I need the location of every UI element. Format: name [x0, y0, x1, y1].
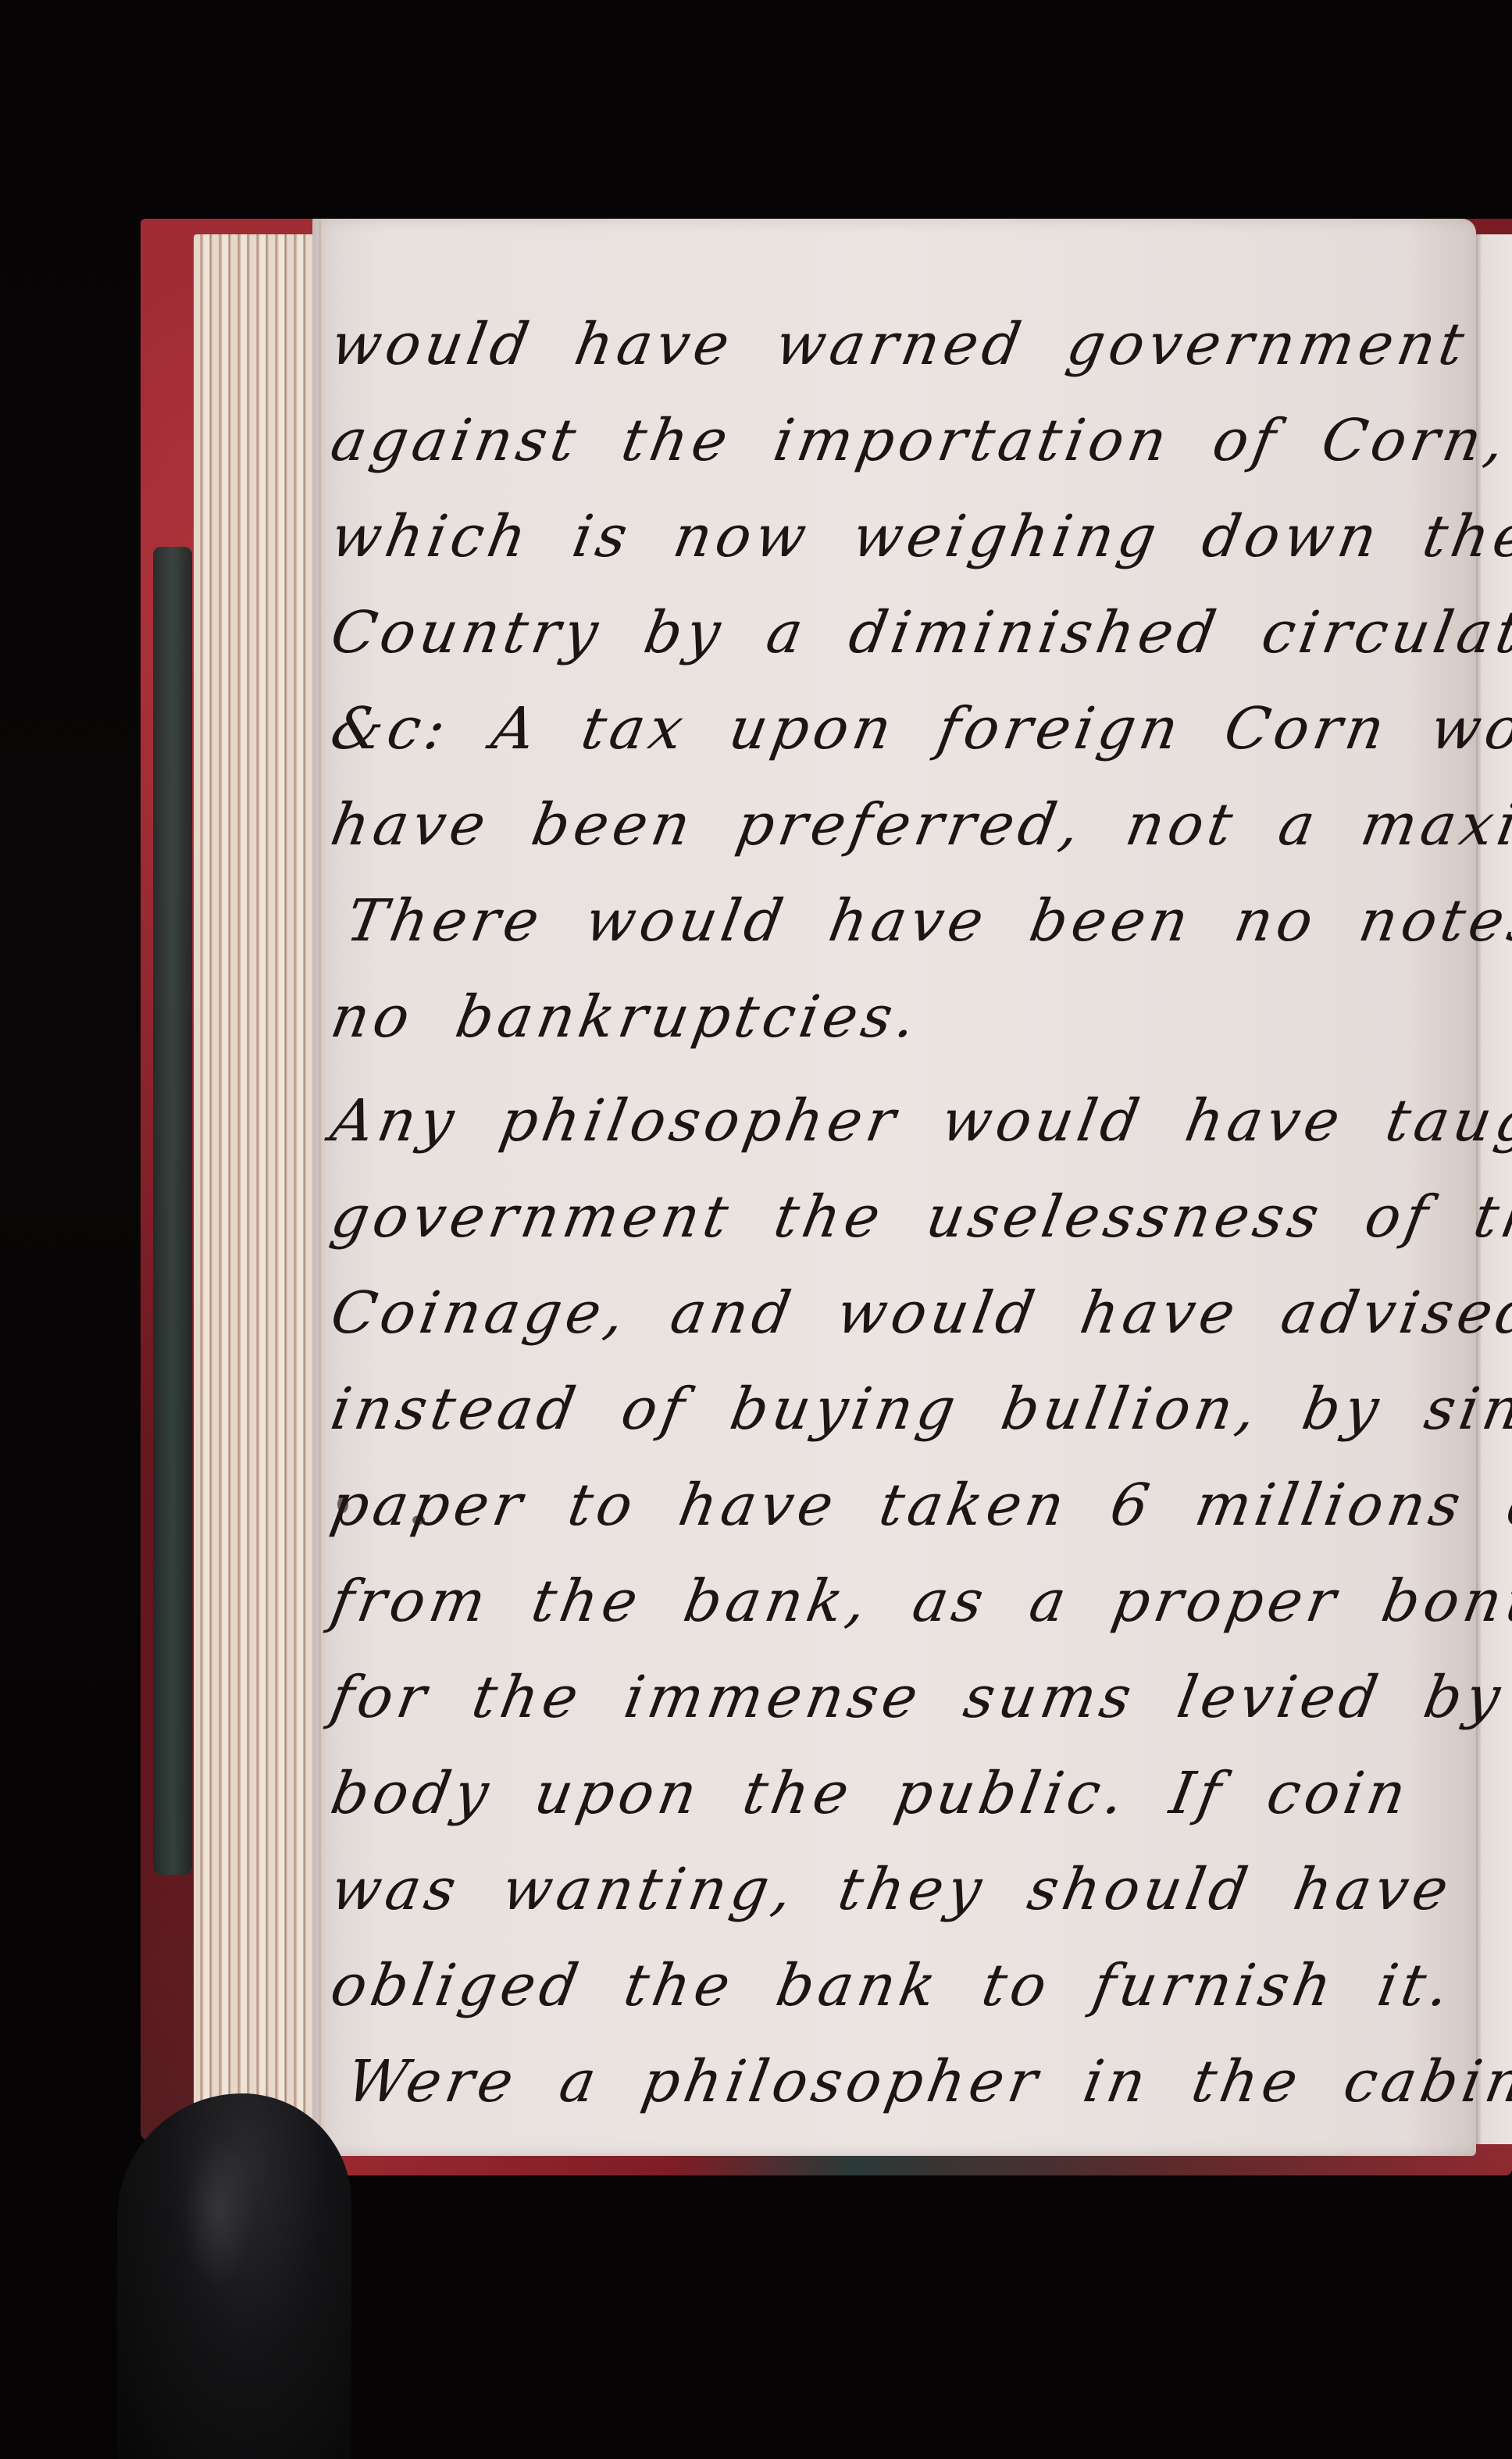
- glove-highlight: [184, 2132, 254, 2289]
- text-line: There would have been no notes and: [323, 873, 1465, 969]
- page-stack-edges: [194, 234, 319, 2164]
- text-line: government the uselessness of the presen…: [323, 1169, 1465, 1265]
- text-line: would have warned government: [323, 297, 1465, 393]
- gutter-line: [319, 219, 321, 2156]
- text-line: from the bank, as a proper bonus: [323, 1554, 1465, 1650]
- text-line: body upon the public. If coin: [323, 1746, 1465, 1842]
- text-line: was wanting, they should have: [323, 1842, 1465, 1938]
- text-line: Were a philosopher in the cabinet: [323, 2034, 1465, 2130]
- cover-marbling: [153, 547, 192, 1875]
- text-line: paper to have taken 6 millions of paper: [323, 1458, 1465, 1554]
- text-line: obliged the bank to furnish it.: [323, 1938, 1465, 2034]
- text-line: which is now weighing down the: [323, 489, 1465, 585]
- text-line: against the importation of Corn,: [323, 393, 1465, 489]
- text-line: &c: A tax upon foreign Corn would: [323, 681, 1465, 777]
- text-line: have been preferred, not a maximum.: [323, 777, 1465, 873]
- text-line: for the immense sums levied by that: [323, 1650, 1465, 1746]
- text-line: Country by a diminished circulation: [323, 585, 1465, 681]
- text-line: Coinage, and would have advised them: [323, 1265, 1465, 1362]
- text-line: no bankruptcies.: [323, 969, 1465, 1065]
- paragraph-start-line: Any philosopher would have taught: [323, 1073, 1465, 1169]
- handwritten-text: would have warned government against the…: [332, 297, 1457, 2130]
- text-line: instead of buying bullion, by sinking: [323, 1362, 1465, 1458]
